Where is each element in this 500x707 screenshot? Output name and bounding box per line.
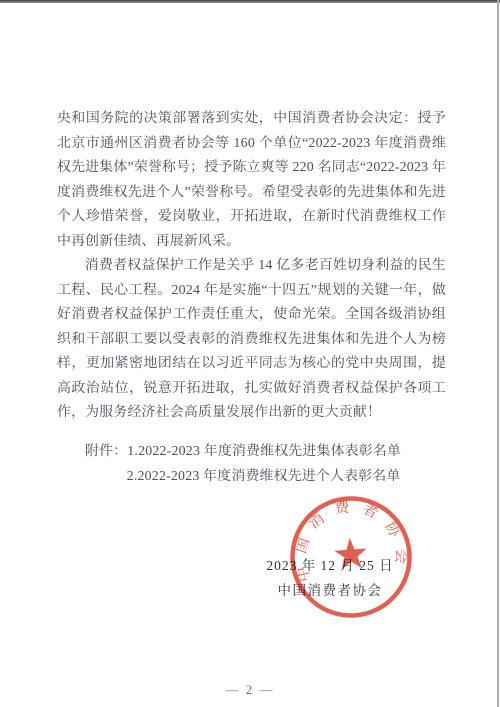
body-paragraph: 消费者权益保护工作是关乎 14 亿多老百姓切身利益的民生工程、民心工程。2024…	[57, 254, 446, 426]
signoff-date: 2023 年 12 月 25 日	[240, 553, 420, 578]
body-paragraph: 央和国务院的决策部署落到实处，中国消费者协会决定：授予北京市通州区消费者协会等 …	[57, 107, 446, 254]
attachment-row: 2.2022-2023 年度消费维权先进个人表彰名单	[85, 465, 455, 490]
attachment-label: 附件：	[85, 440, 127, 465]
scan-edge-right	[497, 0, 499, 707]
scanned-document-page: { "colors":{ "body_text":"#46515d", "sig…	[0, 0, 500, 707]
attachment-block: 附件： 1.2022-2023 年度消费维权先进集体表彰名单 2.2022-20…	[85, 440, 455, 489]
page-number: — 2 —	[226, 682, 275, 697]
attachment-indent-spacer	[85, 465, 127, 490]
signoff-block: 2023 年 12 月 25 日 中国消费者协会	[240, 553, 420, 603]
attachment-item: 2.2022-2023 年度消费维权先进个人表彰名单	[127, 465, 401, 490]
scan-edge-top	[0, 0, 500, 3]
footer: — 2 —	[0, 682, 500, 698]
signoff-organization: 中国消费者协会	[240, 578, 420, 603]
attachment-row: 附件： 1.2022-2023 年度消费维权先进集体表彰名单	[85, 440, 455, 465]
attachment-item: 1.2022-2023 年度消费维权先进集体表彰名单	[127, 440, 401, 465]
document-body: 央和国务院的决策部署落到实处，中国消费者协会决定：授予北京市通州区消费者协会等 …	[57, 107, 446, 426]
